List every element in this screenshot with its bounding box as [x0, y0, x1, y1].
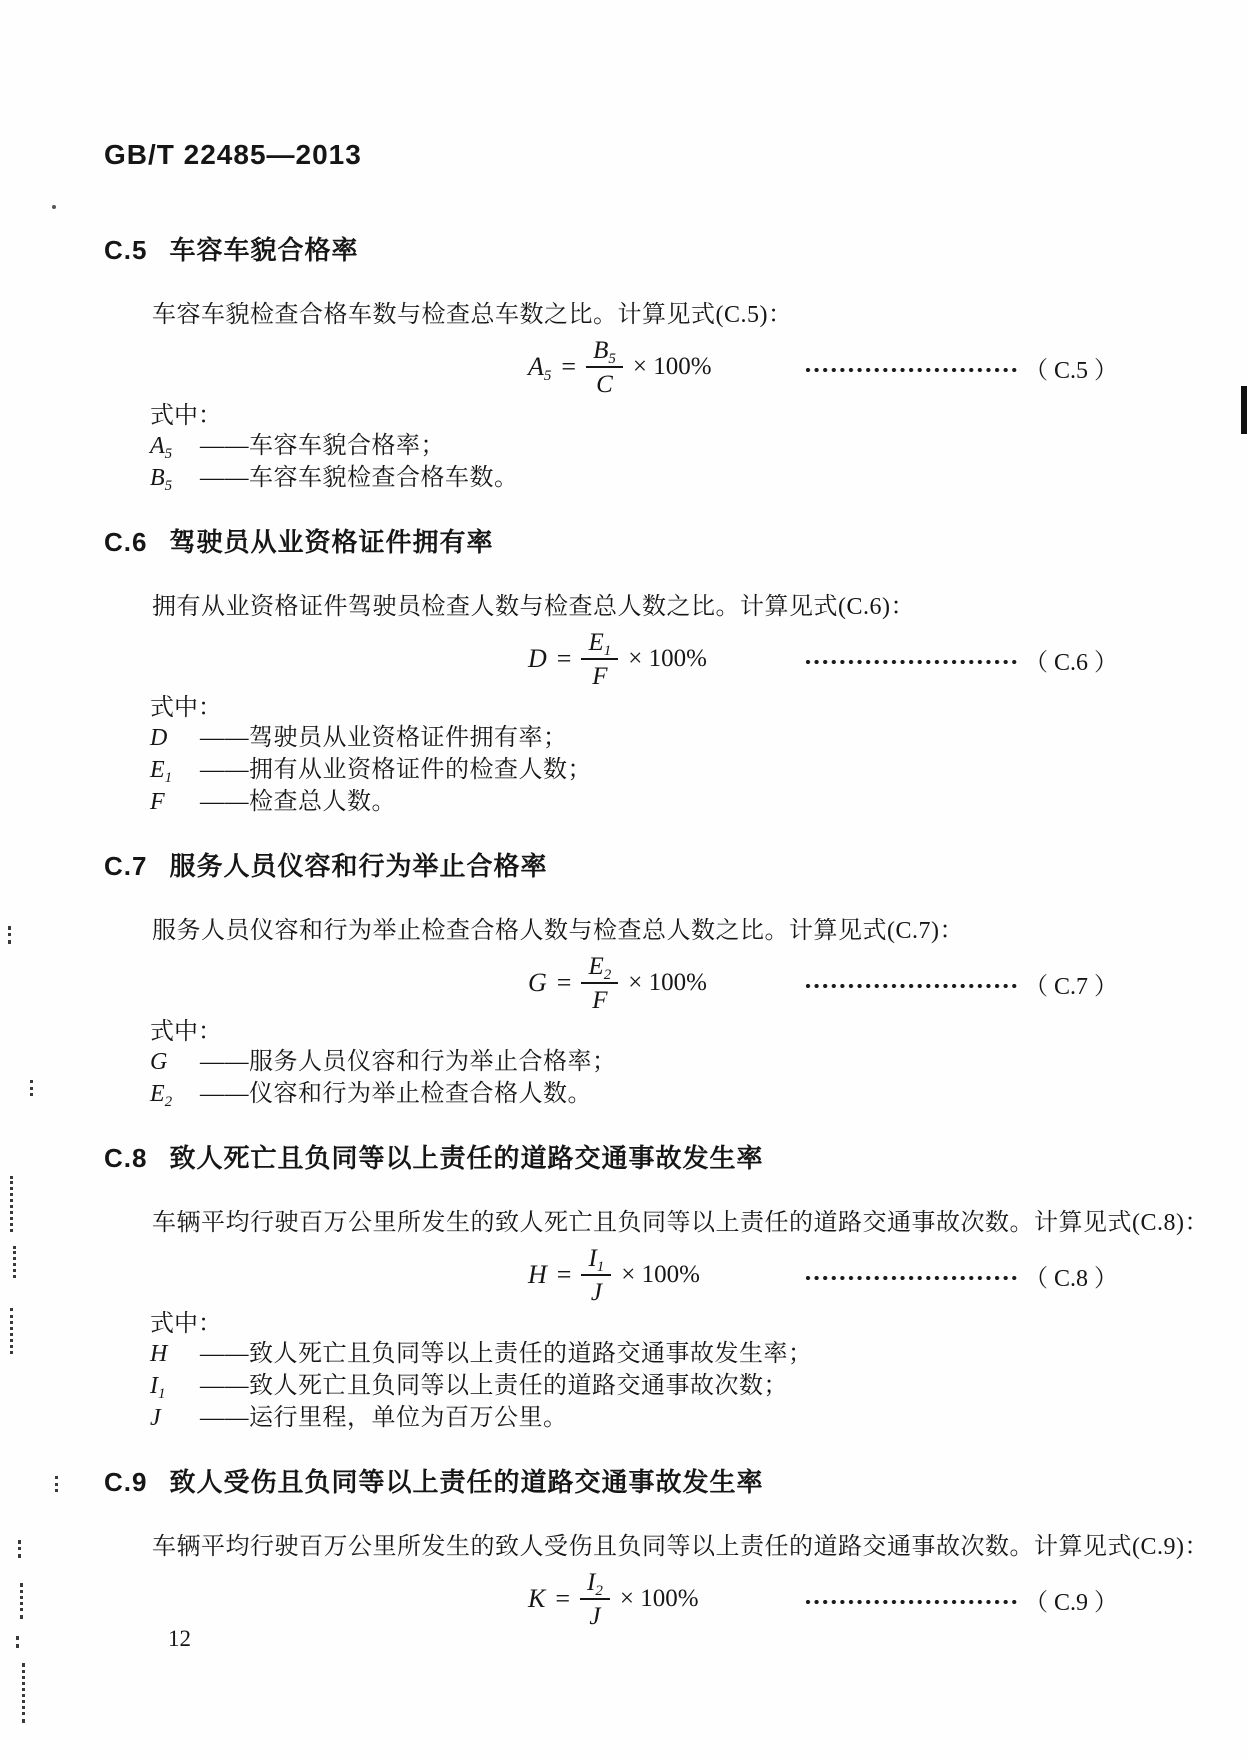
equation-number: （ C.7 ）: [1024, 966, 1118, 1001]
symbol-definition: G——服务人员仪容和行为举止合格率；: [150, 1046, 1248, 1078]
formula-c9: K=I2J× 100%: [528, 1570, 805, 1629]
equation-number: （ C.9 ）: [1024, 1582, 1118, 1617]
formula-legend-label: 式中：: [150, 694, 1248, 722]
symbol-description: ——致人死亡且负同等以上责任的道路交通事故次数；: [200, 1370, 788, 1402]
symbol: B5: [150, 462, 200, 494]
dotted-leader: [805, 1275, 1020, 1281]
symbol-description: ——致人死亡且负同等以上责任的道路交通事故发生率；: [200, 1338, 813, 1370]
sections-container: C.5车容车貌合格率车容车貌检查合格车数与检查总车数之比。计算见式(C.5)：A…: [0, 170, 1248, 1632]
formula-legend-label: 式中：: [150, 1018, 1248, 1046]
section-heading: C.7服务人员仪容和行为举止合格率: [104, 852, 1248, 880]
section-c7: C.7服务人员仪容和行为举止合格率服务人员仪容和行为举止检查合格人数与检查总人数…: [0, 852, 1248, 1110]
symbol-subscript: 1: [158, 1386, 166, 1402]
symbol: D: [150, 722, 200, 754]
fraction: E2F: [581, 954, 618, 1013]
section-c9: C.9致人受伤且负同等以上责任的道路交通事故发生率车辆平均行驶百万公里所发生的致…: [0, 1468, 1248, 1632]
scan-artifact: [13, 1246, 16, 1278]
symbol-definition: E2——仪容和行为举止检查合格人数。: [150, 1078, 1248, 1110]
numerator-subscript: 1: [597, 1259, 605, 1275]
section-c5: C.5车容车貌合格率车容车貌检查合格车数与检查总车数之比。计算见式(C.5)：A…: [0, 236, 1248, 494]
symbol-base: E: [150, 1081, 165, 1107]
numerator-subscript: 2: [604, 967, 612, 983]
section-number: C.8: [104, 1144, 147, 1172]
equals-sign: =: [557, 644, 572, 674]
section-heading: C.8致人死亡且负同等以上责任的道路交通事故发生率: [104, 1144, 1248, 1172]
symbol-definition: I1——致人死亡且负同等以上责任的道路交通事故次数；: [150, 1370, 1248, 1402]
numerator-subscript: 5: [608, 351, 616, 367]
fraction: I1J: [581, 1246, 611, 1305]
fraction: I2J: [580, 1570, 610, 1629]
formula-row: G=E2F× 100%（ C.7 ）: [0, 950, 1248, 1016]
symbol-definition: H——致人死亡且负同等以上责任的道路交通事故发生率；: [150, 1338, 1248, 1370]
fraction-denominator: F: [592, 984, 607, 1013]
formula-lhs: D: [528, 644, 547, 674]
scan-artifact: [22, 1663, 25, 1723]
section-title: 驾驶员从业资格证件拥有率: [169, 528, 493, 556]
fraction-numerator: I2: [580, 1570, 610, 1600]
formula-row: H=I1J× 100%（ C.8 ）: [0, 1242, 1248, 1308]
symbol-base: F: [150, 789, 165, 815]
equals-sign: =: [557, 1260, 572, 1290]
section-c8: C.8致人死亡且负同等以上责任的道路交通事故发生率车辆平均行驶百万公里所发生的致…: [0, 1144, 1248, 1434]
formula-lhs-base: D: [528, 644, 547, 673]
section-c6: C.6驾驶员从业资格证件拥有率拥有从业资格证件驾驶员检查人数与检查总人数之比。计…: [0, 528, 1248, 818]
dotted-leader: [805, 659, 1020, 665]
formula-lhs: K: [528, 1584, 545, 1614]
numerator-base: E: [588, 629, 603, 656]
formula-multiplier: × 100%: [621, 1261, 700, 1289]
scan-artifact: [10, 1176, 13, 1232]
formula-c6: D=E1F× 100%: [528, 630, 805, 689]
symbol-definition: J——运行里程，单位为百万公里。: [150, 1402, 1248, 1434]
symbol: H: [150, 1338, 200, 1370]
formula-lhs: A5: [528, 352, 551, 382]
formula-lhs-base: A: [528, 352, 544, 381]
formula-legend-label: 式中：: [150, 1310, 1248, 1338]
scan-artifact: [16, 1636, 19, 1648]
symbol: J: [150, 1402, 200, 1434]
fraction: B5C: [586, 338, 623, 397]
scan-artifact: [1241, 386, 1247, 434]
dotted-leader: [805, 1599, 1020, 1605]
equation-number: （ C.6 ）: [1024, 642, 1118, 677]
formula-multiplier: × 100%: [633, 353, 712, 381]
symbol-base: I: [150, 1373, 158, 1399]
section-title: 服务人员仪容和行为举止合格率: [169, 852, 547, 880]
symbol-description: ——检查总人数。: [200, 786, 396, 818]
formula-c5: A5=B5C× 100%: [528, 338, 805, 397]
symbol-description: ——车容车貌合格率；: [200, 430, 445, 462]
formula-row: A5=B5C× 100%（ C.5 ）: [0, 334, 1248, 400]
symbol-definition: F——检查总人数。: [150, 786, 1248, 818]
equals-sign: =: [555, 1584, 570, 1614]
symbol-definition: A5——车容车貌合格率；: [150, 430, 1248, 462]
symbol-description: ——服务人员仪容和行为举止合格率；: [200, 1046, 617, 1078]
formula-multiplier: × 100%: [620, 1585, 699, 1613]
symbol-description: ——拥有从业资格证件的检查人数；: [200, 754, 592, 786]
symbol-base: B: [150, 465, 165, 491]
formula-lhs: G: [528, 968, 547, 998]
symbol-description: ——驾驶员从业资格证件拥有率；: [200, 722, 568, 754]
symbol-base: J: [150, 1405, 161, 1431]
dotted-leader: [805, 983, 1020, 989]
section-heading: C.9致人受伤且负同等以上责任的道路交通事故发生率: [104, 1468, 1248, 1496]
equation-number: （ C.5 ）: [1024, 350, 1118, 385]
section-intro: 车容车貌检查合格车数与检查总车数之比。计算见式(C.5)：: [152, 300, 1248, 330]
symbol-subscript: 2: [165, 1094, 173, 1110]
scan-artifact: [8, 926, 11, 944]
document-page: GB/T 22485—2013 C.5车容车貌合格率车容车貌检查合格车数与检查总…: [0, 0, 1248, 1760]
fraction-numerator: E2: [581, 954, 618, 984]
section-intro: 车辆平均行驶百万公里所发生的致人受伤且负同等以上责任的道路交通事故次数。计算见式…: [152, 1532, 1248, 1562]
fraction-numerator: B5: [586, 338, 623, 368]
equation-number: （ C.8 ）: [1024, 1258, 1118, 1293]
symbol: E2: [150, 1078, 200, 1110]
section-number: C.6: [104, 528, 147, 556]
scan-artifact: [20, 1583, 23, 1619]
numerator-subscript: 2: [595, 1583, 603, 1599]
symbol-description: ——运行里程，单位为百万公里。: [200, 1402, 568, 1434]
fraction-numerator: E1: [581, 630, 618, 660]
formula-multiplier: × 100%: [628, 969, 707, 997]
symbol-definition: E1——拥有从业资格证件的检查人数；: [150, 754, 1248, 786]
standard-number: GB/T 22485—2013: [104, 0, 1248, 170]
equals-sign: =: [557, 968, 572, 998]
section-heading: C.5车容车貌合格率: [104, 236, 1248, 264]
equals-sign: =: [561, 352, 576, 382]
formula-c7: G=E2F× 100%: [528, 954, 805, 1013]
formula-legend-label: 式中：: [150, 402, 1248, 430]
symbol-base: H: [150, 1341, 167, 1367]
formula-lhs: H: [528, 1260, 547, 1290]
symbol-description: ——车容车貌检查合格车数。: [200, 462, 519, 494]
symbol-description: ——仪容和行为举止检查合格人数。: [200, 1078, 592, 1110]
symbol-definition: D——驾驶员从业资格证件拥有率；: [150, 722, 1248, 754]
section-number: C.9: [104, 1468, 147, 1496]
scan-artifact: [55, 1476, 58, 1492]
symbol-subscript: 1: [165, 770, 173, 786]
formula-row: D=E1F× 100%（ C.6 ）: [0, 626, 1248, 692]
fraction-denominator: F: [592, 660, 607, 689]
formula-lhs-base: K: [528, 1584, 545, 1613]
scan-artifact: [18, 1540, 21, 1558]
fraction: E1F: [581, 630, 618, 689]
formula-lhs-subscript: 5: [544, 368, 552, 384]
section-title: 致人受伤且负同等以上责任的道路交通事故发生率: [169, 1468, 763, 1496]
section-intro: 拥有从业资格证件驾驶员检查人数与检查总人数之比。计算见式(C.6)：: [152, 592, 1248, 622]
formula-lhs-base: G: [528, 968, 547, 997]
symbol-base: G: [150, 1049, 167, 1075]
numerator-subscript: 1: [604, 643, 612, 659]
scan-artifact: [10, 1308, 13, 1354]
fraction-denominator: C: [596, 368, 613, 397]
section-number: C.7: [104, 852, 147, 880]
fraction-denominator: J: [589, 1600, 600, 1629]
numerator-base: I: [588, 1245, 596, 1272]
scan-artifact: [30, 1080, 33, 1096]
section-title: 致人死亡且负同等以上责任的道路交通事故发生率: [169, 1144, 763, 1172]
symbol: I1: [150, 1370, 200, 1402]
symbol-definition: B5——车容车貌检查合格车数。: [150, 462, 1248, 494]
symbol: F: [150, 786, 200, 818]
formula-multiplier: × 100%: [628, 645, 707, 673]
section-intro: 车辆平均行驶百万公里所发生的致人死亡且负同等以上责任的道路交通事故次数。计算见式…: [152, 1208, 1248, 1238]
fraction-denominator: J: [591, 1276, 602, 1305]
symbol: E1: [150, 754, 200, 786]
scan-artifact: [52, 205, 56, 209]
page-number: 12: [168, 1626, 191, 1652]
dotted-leader: [805, 367, 1020, 373]
formula-lhs-base: H: [528, 1260, 547, 1289]
symbol: A5: [150, 430, 200, 462]
symbol-base: D: [150, 725, 167, 751]
fraction-numerator: I1: [581, 1246, 611, 1276]
section-title: 车容车貌合格率: [169, 236, 358, 264]
section-intro: 服务人员仪容和行为举止检查合格人数与检查总人数之比。计算见式(C.7)：: [152, 916, 1248, 946]
symbol-base: E: [150, 757, 165, 783]
symbol-base: A: [150, 433, 165, 459]
symbol-subscript: 5: [165, 446, 173, 462]
symbol-subscript: 5: [165, 478, 173, 494]
numerator-base: B: [593, 337, 608, 364]
section-heading: C.6驾驶员从业资格证件拥有率: [104, 528, 1248, 556]
symbol: G: [150, 1046, 200, 1078]
numerator-base: E: [588, 953, 603, 980]
section-number: C.5: [104, 236, 147, 264]
formula-c8: H=I1J× 100%: [528, 1246, 805, 1305]
formula-row: K=I2J× 100%（ C.9 ）: [0, 1566, 1248, 1632]
